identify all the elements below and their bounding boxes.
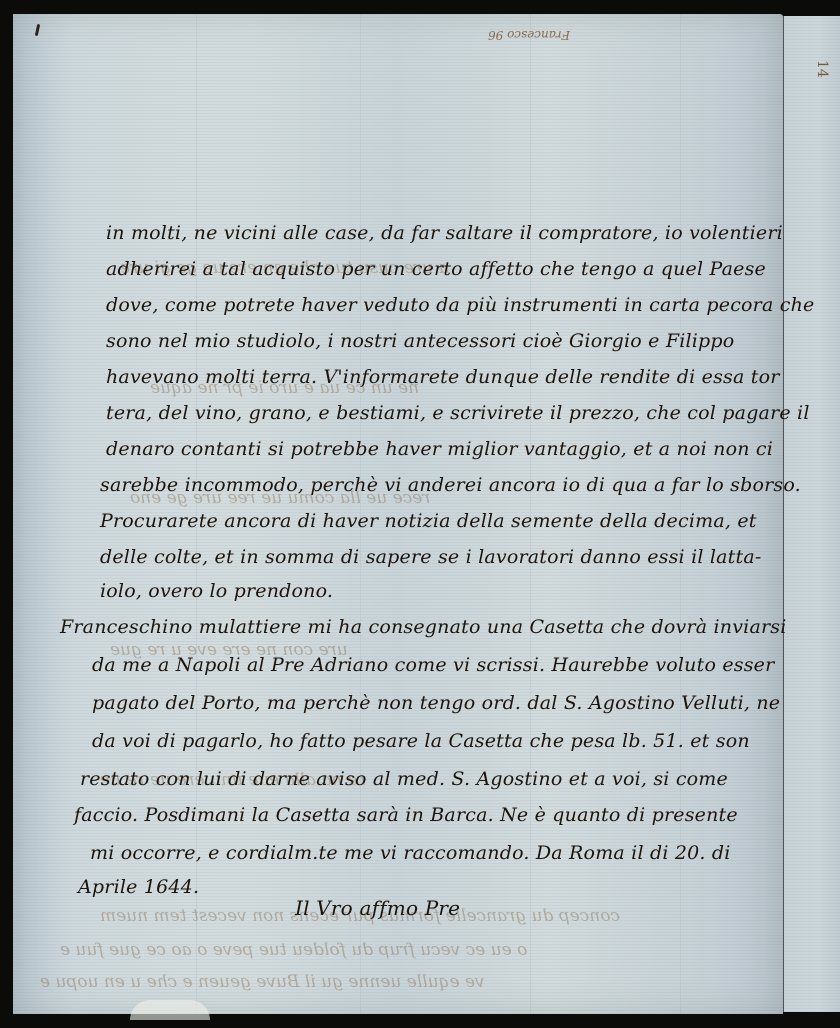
letter-line: denaro contanti si potrebbe haver miglio…: [106, 438, 773, 460]
letter-line: adherirei a tal acquisto per un certo af…: [106, 258, 766, 280]
letter-signature: Il Vro affmo Pre: [295, 896, 460, 920]
letter-line: pagato del Porto, ma perchè non tengo or…: [92, 692, 780, 714]
letter-line: faccio. Posdimani la Casetta sarà in Bar…: [74, 804, 738, 826]
bleed-through-text: o eu ec vecu frup du foldeu tue peve o a…: [60, 940, 527, 960]
letter-line: in molti, ne vicini alle case, da far sa…: [106, 222, 783, 244]
letter-line: Procurarete ancora di haver notizia dell…: [100, 510, 757, 532]
letter-line: iolo, overo lo prendono.: [100, 580, 333, 602]
margin-annotation: 14: [790, 60, 830, 240]
letter-date-line: Aprile 1644.: [78, 876, 199, 898]
letter-line: dove, come potrete haver veduto da più i…: [106, 294, 814, 316]
letter-line: restato con lui di darne aviso al med. S…: [80, 768, 728, 790]
archive-annotation: Francesco 96: [488, 28, 570, 42]
letter-line: da me a Napoli al Pre Adriano come vi sc…: [92, 654, 774, 676]
letter-line: tera, del vino, grano, e bestiami, e scr…: [106, 402, 810, 424]
letter-line: da voi di pagarlo, ho fatto pesare la Ca…: [92, 730, 750, 752]
letter-line: sarebbe incommodo, perchè vi anderei anc…: [100, 474, 801, 496]
letter-line: sono nel mio studiolo, i nostri antecess…: [106, 330, 734, 352]
letter-line: mi occorre, e cordialm.te me vi raccoman…: [90, 842, 731, 864]
bleed-through-text: ve equlle uenne gu il Buve geuen e che u…: [40, 972, 485, 992]
letter-line: havevano molti terra. V'informarete dunq…: [106, 366, 780, 388]
paper-seal-residue: [130, 1000, 210, 1020]
letter-line: Franceschino mulattiere mi ha consegnato…: [60, 616, 787, 638]
letter-line: delle colte, et in somma di sapere se i …: [100, 546, 761, 568]
